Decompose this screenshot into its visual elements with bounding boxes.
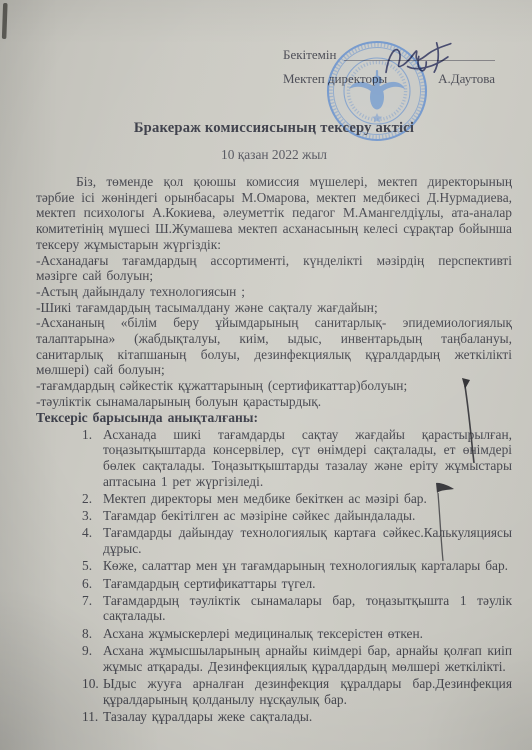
finding-text: Тағамдар бекітілген ас мәзіріне сәйкес д… bbox=[103, 508, 512, 524]
finding-list-item: 4. Тағамдарды дайындау технологиялық кар… bbox=[36, 525, 512, 556]
finding-number: 9. bbox=[82, 643, 103, 674]
findings-heading: Тексеріс барысында анықталғаны: bbox=[36, 410, 512, 426]
finding-list-item: 2. Мектеп директоры мен медбике бекіткен… bbox=[36, 491, 512, 507]
finding-text: Тағамдарды дайындау технологиялық картағ… bbox=[103, 525, 512, 556]
finding-list-item: 5. Көже, салаттар мен ұн тағамдарының те… bbox=[36, 558, 512, 574]
finding-number: 1. bbox=[82, 427, 103, 490]
finding-text: Мектеп директоры мен медбике бекіткен ас… bbox=[103, 491, 512, 507]
finding-number: 7. bbox=[82, 593, 103, 624]
scope-list-item: -Астың дайындалу технологиясын ; bbox=[36, 284, 512, 300]
finding-number: 3. bbox=[82, 508, 103, 524]
handwritten-signature-icon bbox=[376, 34, 471, 84]
finding-number: 4. bbox=[82, 525, 103, 556]
document-date: 10 қазан 2022 жыл bbox=[36, 147, 512, 163]
scope-list-item: -Асхананың «білім беру ұйымдарының санит… bbox=[36, 315, 512, 378]
finding-text: Көже, салаттар мен ұн тағамдарының техно… bbox=[103, 558, 512, 574]
scope-list-item: -Асханадағы тағамдардың ассортименті, кү… bbox=[36, 253, 512, 284]
finding-text: Тағамдардың сертификаттары түгел. bbox=[103, 576, 512, 592]
finding-list-item: 7. Тағамдардың тәуліктік сынамалары бар,… bbox=[36, 593, 512, 624]
finding-text: Тазалау құралдары жеке сақталады. bbox=[103, 709, 512, 725]
finding-list-item: 3. Тағамдар бекітілген ас мәзіріне сәйке… bbox=[36, 508, 512, 524]
finding-number: 2. bbox=[82, 491, 103, 507]
finding-number: 11. bbox=[82, 709, 103, 725]
finding-list-item: 10. Ыдыс жууға арналған дезинфекция құра… bbox=[36, 676, 512, 707]
document-title: Бракераж комиссиясының тексеру актісі bbox=[36, 120, 512, 137]
scope-list-item: -Шикі тағамдардың тасымалдану және сақта… bbox=[36, 300, 512, 316]
scope-list-item: -тағамдардың сәйкестік құжаттарының (сер… bbox=[36, 378, 512, 394]
finding-text: Тағамдардың тәуліктік сынамалары бар, то… bbox=[103, 593, 512, 624]
finding-text: Ыдыс жууға арналған дезинфекция құралдар… bbox=[103, 676, 512, 707]
intro-paragraph: Біз, төменде қол қоюшы комиссия мүшелері… bbox=[36, 174, 512, 253]
document-body: Біз, төменде қол қоюшы комиссия мүшелері… bbox=[36, 174, 512, 724]
inspection-scope-list: -Асханадағы тағамдардың ассортименті, кү… bbox=[36, 253, 512, 410]
findings-list: 1. Асханада шикі тағамдарды сақтау жағда… bbox=[36, 427, 512, 725]
finding-list-item: 11. Тазалау құралдары жеке сақталады. bbox=[36, 709, 512, 725]
document-photo: Бекітемін Мектеп директоры А.Даутова bbox=[0, 0, 532, 750]
finding-list-item: 1. Асханада шикі тағамдарды сақтау жағда… bbox=[36, 427, 512, 490]
finding-list-item: 9. Асхана жұмысшыларының арнайы киімдері… bbox=[36, 643, 512, 674]
finding-number: 8. bbox=[82, 626, 103, 642]
finding-list-item: 6. Тағамдардың сертификаттары түгел. bbox=[36, 576, 512, 592]
finding-text: Асхана жұмыскерлері медициналық тексеріс… bbox=[103, 626, 512, 642]
finding-list-item: 8. Асхана жұмыскерлері медициналық тексе… bbox=[36, 626, 512, 642]
finding-text: Асханада шикі тағамдарды сақтау жағдайы … bbox=[103, 427, 512, 490]
scope-list-item: -тәуліктік сынамаларының болуын қарастыр… bbox=[36, 394, 512, 410]
scanned-page: Бекітемін Мектеп директоры А.Даутова bbox=[0, 0, 532, 750]
finding-text: Асхана жұмысшыларының арнайы киімдері ба… bbox=[103, 643, 512, 674]
finding-number: 10. bbox=[82, 676, 103, 707]
finding-number: 6. bbox=[82, 576, 103, 592]
finding-number: 5. bbox=[82, 558, 103, 574]
